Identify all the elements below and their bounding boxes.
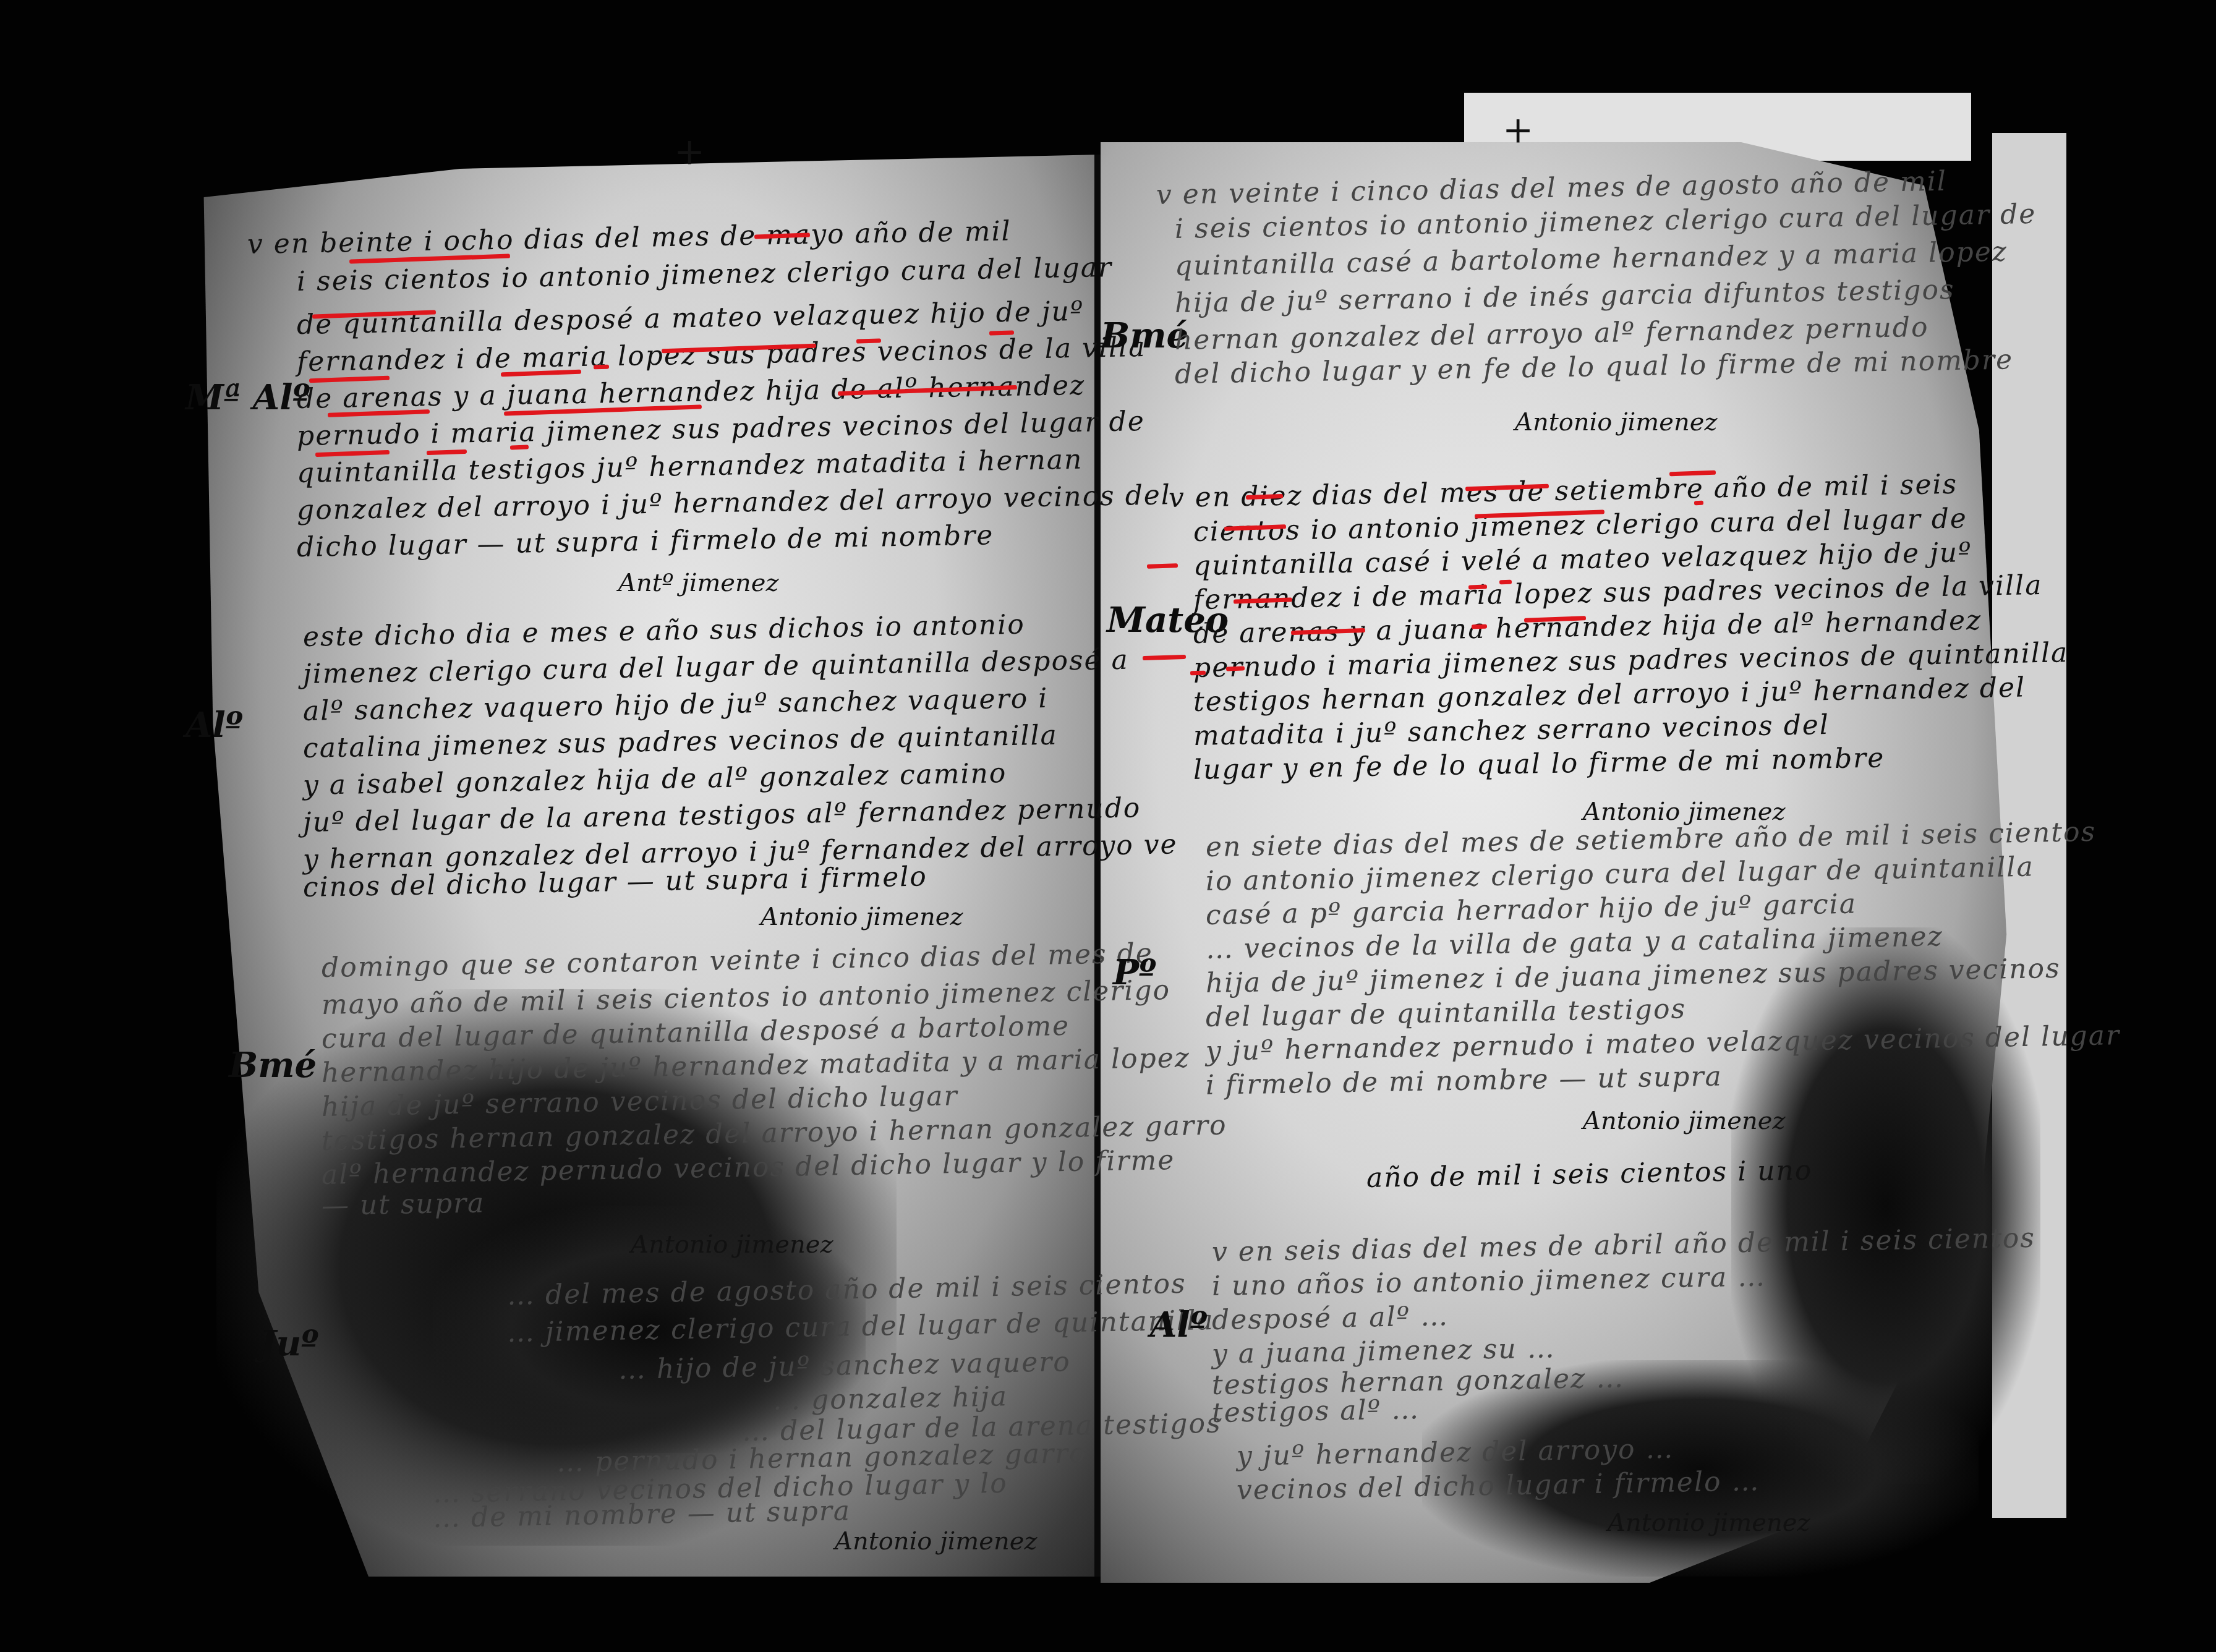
text-line: — ut supra xyxy=(322,1187,485,1222)
document-scan: + + Mª Alº v en beinte i ocho dias del m… xyxy=(0,0,2216,1652)
burn-damage xyxy=(1731,927,2040,1484)
text-line: desposé a alº … xyxy=(1212,1300,1449,1336)
annotation-underline xyxy=(989,330,1014,335)
annotation-underline xyxy=(510,445,529,449)
signature: Antonio jimenez xyxy=(1515,408,1717,436)
annotation-underline xyxy=(1190,671,1206,676)
signature: Antonio jimenez xyxy=(761,903,963,931)
margin-note: Alº xyxy=(1150,1305,1208,1345)
signature: Antonio jimenez xyxy=(631,1230,833,1259)
signature: Antonio jimenez xyxy=(1583,1107,1785,1135)
margin-note: Pº xyxy=(1113,952,1156,993)
margin-note: Bmé xyxy=(229,1045,317,1086)
annotation-underline xyxy=(1694,501,1703,506)
signature: Antonio jimenez xyxy=(1608,1509,1810,1537)
signature: Antº jimenez xyxy=(618,569,779,597)
margin-note: Mª Alº xyxy=(185,377,310,418)
cross-mark-left: + xyxy=(674,130,705,173)
annotation-underline xyxy=(1472,624,1487,629)
annotation-underline xyxy=(594,365,609,370)
text-line: … gonzalez hija xyxy=(773,1381,1008,1416)
annotation-underline xyxy=(856,338,881,343)
margin-note: Juº xyxy=(260,1323,318,1364)
margin-note: Alº xyxy=(185,705,243,746)
cross-mark-right: + xyxy=(1502,108,1533,151)
annotation-underline xyxy=(1226,666,1245,671)
annotation-underline xyxy=(1499,580,1512,585)
annotation-underline xyxy=(1468,584,1487,589)
signature: Antonio jimenez xyxy=(835,1527,1037,1556)
text-line: testigos alº … xyxy=(1212,1394,1420,1429)
